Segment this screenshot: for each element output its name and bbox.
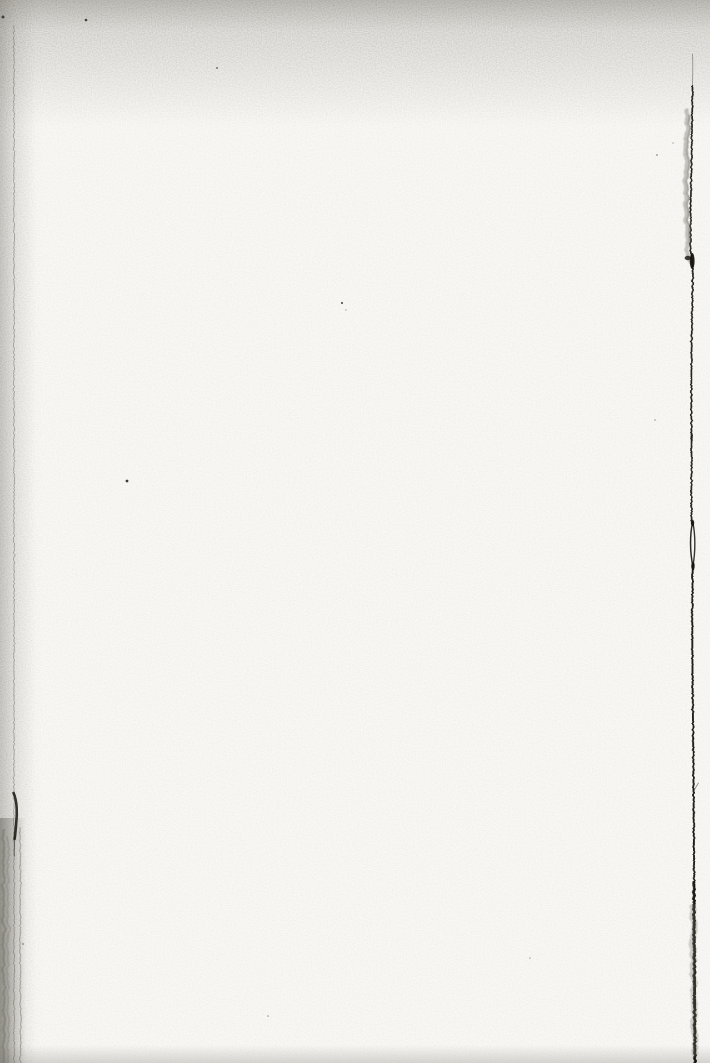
left-dark-mark-tail (14, 836, 15, 856)
left-streak-b (8, 836, 9, 1063)
ink-speck-5 (345, 309, 346, 310)
paper-grain-texture (0, 0, 710, 1063)
ink-speck-6 (656, 154, 658, 156)
ink-speck-9 (22, 943, 24, 945)
top-edge-grain (0, 0, 710, 130)
left-streak-a (3, 830, 4, 1063)
ink-speck-4 (341, 302, 343, 304)
ink-speck-2 (216, 67, 218, 69)
ink-speck-7 (672, 142, 673, 143)
crease-bottom-fuzz (693, 906, 694, 1052)
crease-knot-side (685, 256, 691, 260)
ink-speck-0 (85, 19, 88, 22)
crease-mid-blob (690, 432, 693, 442)
ink-speck-3 (126, 480, 129, 483)
ink-speck-1 (2, 16, 5, 19)
scan-artifacts-layer (0, 0, 710, 1063)
ink-speck-10 (267, 1015, 269, 1017)
ink-speck-8 (654, 419, 656, 421)
bottom-edge-shading (0, 1045, 710, 1063)
scanned-page (0, 0, 710, 1063)
crease-knot-upper (690, 253, 695, 269)
crease-lens-top-blob (691, 520, 694, 526)
ink-speck-11 (529, 957, 531, 959)
crease-lens-bottom-blob (691, 562, 694, 570)
